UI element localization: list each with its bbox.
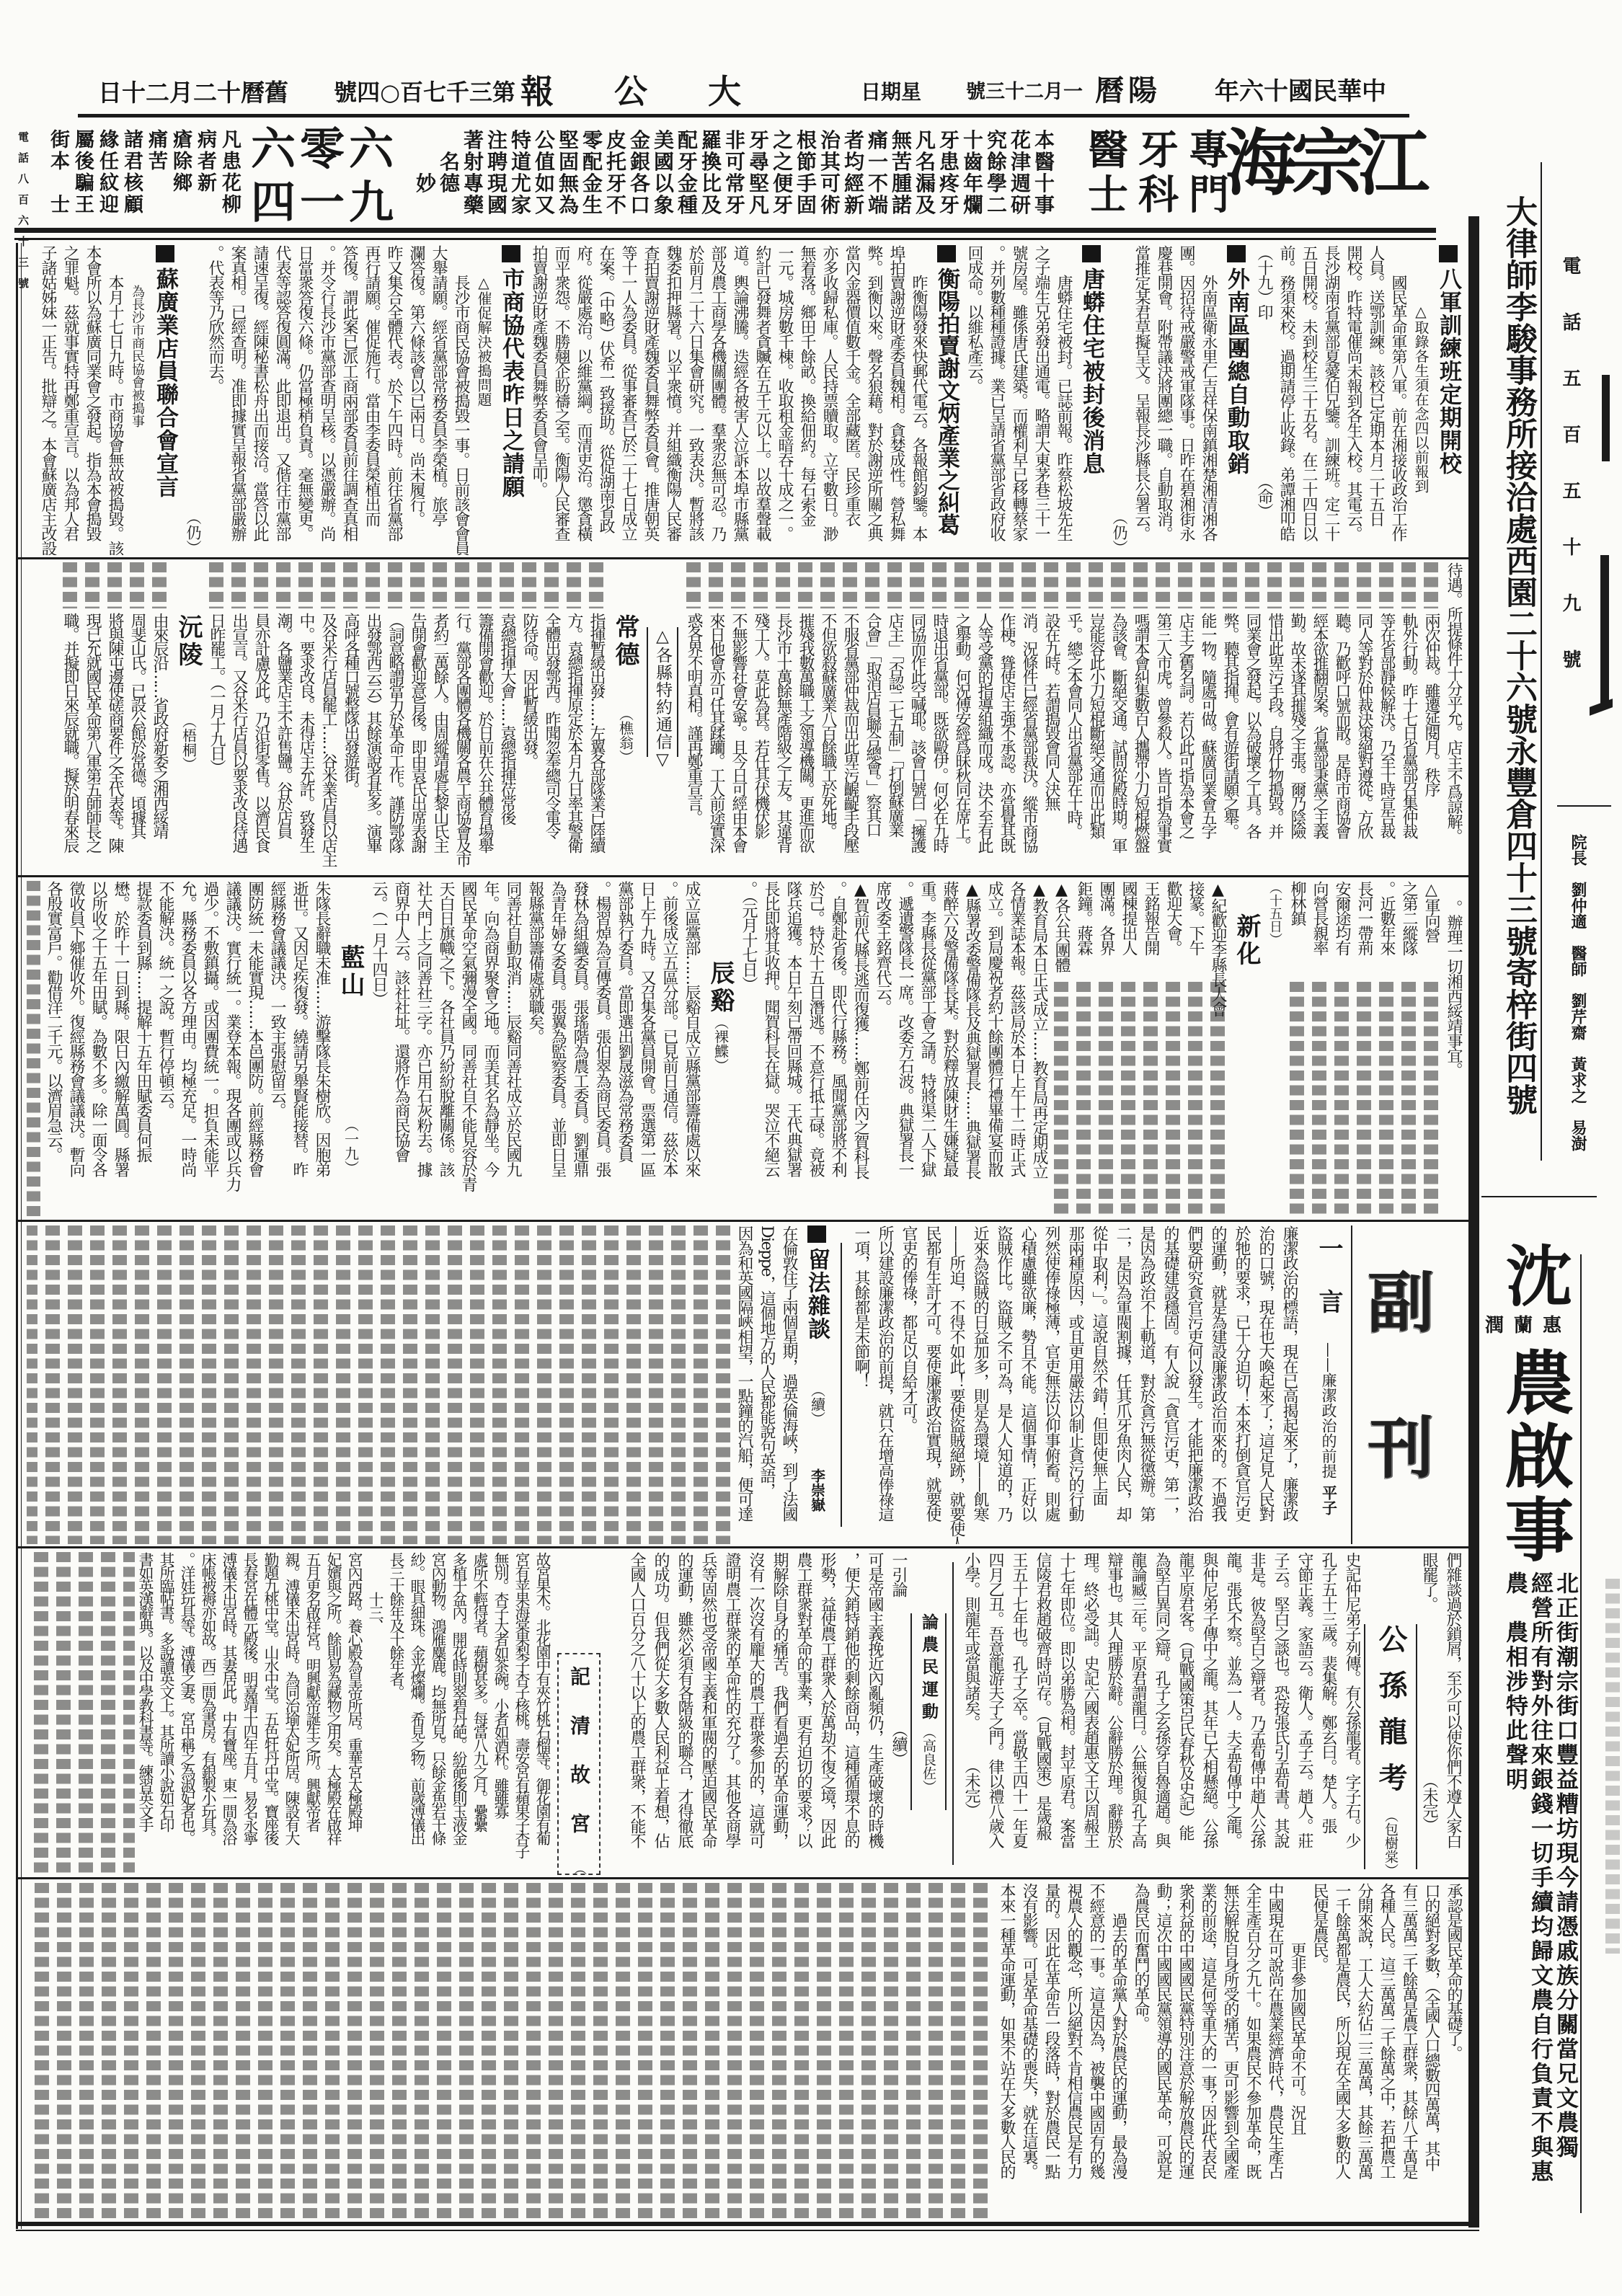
byline: （梧桐） xyxy=(177,714,200,771)
article-body: 朱隊長辭職未准……游擊隊長朱樹欣。因胞弟 逝世。又因足疾復發。繞請另舉賢能接替。… xyxy=(43,881,333,1217)
masthead-rule xyxy=(78,114,1409,118)
band-rule xyxy=(16,1220,1468,1222)
column-heading: 一言——廉潔政治的前提 平子 xyxy=(1306,1225,1352,1544)
article-tail-mark: （仍） xyxy=(182,245,204,555)
lawyer-ad-rule xyxy=(1541,162,1542,1161)
shen-notice-body: 北正街潮宗街口豐益糟坊現今請憑戚族分關當兄文農獨 經營所有對外往來銀錢一切手續均… xyxy=(1502,1572,1577,2184)
article-xinhua: （十五日） 新化 ▲紀歡迎李縣長大會 接篆。下午 歡迎大會。 王銘報告開 國棟提… xyxy=(737,881,1286,1217)
article-fragment-partially-legible: △軍向營 之第二縱隊 。近數年來 長河一帶荊 安爾途均有 向營長親率 柳林鎮 xyxy=(1286,881,1442,1217)
headline-text: 留法雜談 xyxy=(804,1248,830,1340)
article-peasant-movement-continued: 承認是國民革命的基礎了。 口的絕對多數，（全國人口總數四萬萬，其中 有三萬萬二千… xyxy=(996,1883,1465,2219)
dentist-title: 專門牙科醫士 xyxy=(1078,128,1231,218)
continued-tag: （續） xyxy=(806,1383,828,1426)
article-body: 指揮暫緩出發……左翼各部隊業已陸續 方。袁總指揮原定於本月九日率其警衛 全體出發… xyxy=(205,562,608,872)
dental-notice-row: 十週學年疼漏腫不經可手便堅常比金以各牙金無如尤現專德妙 xyxy=(416,174,1058,194)
shen-notice-side-rule xyxy=(1580,1254,1582,2213)
headline: 衡陽拍賣謝文炳產業之糾葛 xyxy=(930,245,963,555)
headline: 唐蟒住宅被封後消息 xyxy=(1075,245,1108,555)
article-peasant-movement: 論農民運動（高良佐） 一引論 （續） 可是帝國主義挽近內亂頻仍，生產破壞的時機 … xyxy=(625,1552,947,1875)
newspaper-page: 中華民國十六年 陽曆 一月二十三號 星期日 大公報 第三千七百○四號 舊曆十二月… xyxy=(0,0,1622,2296)
article-liufa-zatan: 留法雜談 （續） 李崇嶽 在倫敦住了兩個星期，過英倫海峽，到了法國 Dieppe… xyxy=(733,1225,833,1544)
staff-title: 醫師 xyxy=(1569,945,1587,977)
clinic-ad-row: 柳 顧迎王士 xyxy=(50,195,247,215)
column-subtitle: ——廉潔政治的前提 xyxy=(1320,1342,1337,1479)
byline: （一九） xyxy=(340,1117,362,1175)
shen-notice-surname: 沈 xyxy=(1499,1241,1569,1308)
article-body: 成立區黨部……辰谿自成立縣黨部籌備處以來 。前後成立五區分部。已見前日通信。茲於… xyxy=(368,881,703,1217)
illegible-text-columns xyxy=(27,1883,996,2219)
news-band-1: 八軍訓練班定期開校 △取錄各生須在念四以前報到 國民革命軍第八軍。前在湘接收政治… xyxy=(27,245,1465,555)
headline-marker-icon xyxy=(937,245,956,262)
headline-text: 八軍訓練班定期開校 xyxy=(1435,267,1461,475)
article-body: 在倫敦住了兩個星期，過英倫海峽，到了法國 Dieppe，這個地方的人民都能說句英… xyxy=(733,1225,800,1544)
continued-tag: （續） xyxy=(572,1862,587,1875)
clinic-ad-row: 花新鄉 核紋騙 xyxy=(75,174,247,193)
column-heading-group: 一言——廉潔政治的前提 xyxy=(1311,1236,1347,1479)
byline: （裸鰈） xyxy=(709,1015,732,1073)
headline: 市商協代表昨日之請願 xyxy=(495,245,528,555)
news-band-2: 待遇。所提條件十分平允。店主不爲諒解。 兩次仲裁。雖遷延閱月。秩序 軌外行動。昨… xyxy=(27,562,1465,872)
band-rule xyxy=(16,875,1468,877)
section-heading: 常德 （樵翁） xyxy=(608,562,642,872)
headline-text: 唐蟒住宅被封後消息 xyxy=(1078,267,1104,475)
clinic-ad-row: 凡病瘡痛諸緣屬街 xyxy=(50,130,247,150)
shen-notice-title: 農啟事 xyxy=(1498,1347,1570,1567)
headline-text: 論農民運動 xyxy=(919,1613,939,1725)
clinic-ad-row: 患者除苦君任後本 xyxy=(50,152,247,172)
masthead-solar-date: 一月二十三號 xyxy=(966,82,1083,102)
article-suguang-declaration-continued: 待遇。所提條件十分平允。店主不爲諒解。 兩次仲裁。雖遷延閱月。秩序 軌外行動。昨… xyxy=(683,562,1465,872)
headline-text: 蘇廣業店員聯合會宣言 xyxy=(152,267,178,498)
framed-headline: 記清故宮（續）李柏榮 xyxy=(557,1653,601,1875)
news-band-4: 副刊 一言——廉潔政治的前提 平子 廉潔政治的標語，現在已高揭起來了，廉潔政 治… xyxy=(27,1225,1465,1544)
article-body: 昨衡陽發來快郵代電云。各報館鈞鑒。本 埠拍賣謝逆財產委員魏相。貪婪成性。營私舞 … xyxy=(528,245,930,555)
ad-band-rule-thick xyxy=(14,228,1436,233)
headline-group: 留法雜談 （續） 李崇嶽 xyxy=(800,1225,833,1544)
dateline: （十五日） xyxy=(1264,881,1286,1217)
masthead-newspaper-title: 大公報 xyxy=(520,75,802,108)
headline-marker-icon xyxy=(502,245,520,262)
article-body: 由來辰沿……省政府新委之湘西綏靖 周斐山氏。已設公館於常德。頃據其 將與陳屯邊使… xyxy=(59,562,171,872)
spacer xyxy=(1439,1225,1465,1544)
article-merchant-association-petition: 市商協代表昨日之請願 △催促解決被搗問題 長沙市商民協會被搗毀一事。日前該會會員… xyxy=(182,245,528,555)
article-body: 國民革命軍第八軍。前在湘接收政治工作 人員。送鄂訓練。該校已定期本月二十五日 開… xyxy=(1253,245,1409,555)
section-heading: 藍山 （一九） xyxy=(333,881,368,1217)
column-divider xyxy=(952,1562,954,1865)
section-heading-text: 新化 xyxy=(1229,881,1264,1217)
news-band-3: 。辦理一切湘西綏靖事宜。 △軍向營 之第二縱隊 。近數年來 長河一帶荊 安爾途均… xyxy=(27,881,1465,1217)
masthead-republic-year: 中華民國十六年 xyxy=(1215,79,1386,104)
article-liufa-continued: 們雜談過於鎖屑，至少可以使你們不遵人家白 眼罷了。 （未完） xyxy=(1417,1552,1465,1875)
shen-notice-given-names: 惠蘭潤 xyxy=(1485,1316,1572,1335)
dental-notice-row: 本花究十牙凡無痛者治根之牙非羅配美金皮零堅公特注著 xyxy=(464,130,1058,151)
section-label-county-correspondence: △各縣特約通信▽ xyxy=(647,627,678,757)
article-yiyan-column: 一言——廉潔政治的前提 平子 廉潔政治的標語，現在已高揭起來了，廉潔政 治的口號… xyxy=(849,1225,1352,1544)
illegible-text-columns xyxy=(27,1552,135,1875)
article-qing-palace-notes: 記清故宮（續）李柏榮 故宮果木。北花園中有夾竹桃石榴等。御花園有葡 宮有苹果海棠… xyxy=(135,1552,601,1875)
article-eighth-army-training-class: 八軍訓練班定期開校 △取錄各生須在念四以前報到 國民革命軍第八軍。前在湘接收政治… xyxy=(1253,245,1465,555)
page-bottom-rule-thin xyxy=(16,2230,1479,2231)
illegible-text-columns xyxy=(27,1225,733,1544)
article-gongsun-long-study: 公孫龍考（包樹棠） 史記仲尼弟子列傳。有公孫龍者。字子石。少 孔子五十三歲。裴集… xyxy=(960,1552,1417,1875)
article-body: ▲教育局本日正式成立……教育局再定期成立 各情業誌本報。茲該局於本日上午十二時正… xyxy=(737,881,1050,1217)
headline-marker-icon xyxy=(1227,245,1246,262)
clinic-ad-phone: 電話八百六十三號 xyxy=(16,131,30,216)
article-suguang-clerks-union-declaration: 蘇廣業店員聯合會宣言 為長沙市商民協會被搗事 本月十七日九時。市商協會無故被搗毀… xyxy=(37,245,182,555)
band-rule xyxy=(16,1877,1468,1879)
staff-spacer xyxy=(1569,866,1587,882)
staff-title: 院長 xyxy=(1569,834,1587,866)
article-changde: 常德 （樵翁） 指揮暫緩出發……左翼各部隊業已陸續 方。袁總指揮原定於本月九日率… xyxy=(205,562,642,872)
article-body: 可是帝國主義挽近內亂頻仍，生產破壞的時機 ，便大銷特銷他的剩餘商品，這種循環不息… xyxy=(625,1552,887,1875)
headline: 蘇廣業店員聯合會宣言 xyxy=(149,245,182,555)
dental-notice-row: 事研二爛牙及諾端新術固牙凡牙及種象口不生為又家國藥 xyxy=(464,195,1058,216)
clinic-divider xyxy=(1557,805,1611,807)
band-rule xyxy=(16,557,1468,559)
headline-text: 市商協代表昨日之請願 xyxy=(498,267,524,498)
article-body: 廉潔政治的標語，現在已高揭起來了，廉潔政 治的口號，現在也大喚起來了；這足見人民… xyxy=(849,1225,1301,1544)
column-title: 一言 xyxy=(1314,1236,1343,1342)
staff-names: 劉芹齋 黃求之 易澍 xyxy=(1569,993,1587,1151)
subheadline: 為長沙市商民協會被搗事 xyxy=(126,245,149,555)
article-hengyang-auction-dispute: 衡陽拍賣謝文炳產業之糾葛 昨衡陽發來快郵代電云。各報館鈞鑒。本 埠拍賣謝逆財產委… xyxy=(528,245,963,555)
framed-headline: 公孫龍考（包樹棠） xyxy=(1364,1624,1417,1869)
headline-marker-icon xyxy=(1082,245,1101,262)
headline: 留法雜談 xyxy=(800,1225,833,1340)
spacer xyxy=(605,1552,625,1875)
article-yuanling: 沅陵 （梧桐） 由來辰沿……省政府新委之湘西綏靖 周斐山氏。已設公館於常德。頃據… xyxy=(59,562,205,872)
article-body: 唐蟒住宅被封。已誌前報。昨蔡松坡先生 之子端生兄弟發出通電。略謂大東茅巷三十一 … xyxy=(963,245,1075,555)
lawyer-ad: 大律師李駿事務所接洽處西園二十六號永豐倉四十三號寄梓街四號 xyxy=(1499,195,1537,1115)
illegible-text-columns xyxy=(27,881,43,1217)
headline-marker-icon xyxy=(807,1225,826,1243)
staff-names: 劉仲適 xyxy=(1569,882,1587,929)
article-yuanling-continued: 。辦理一切湘西綏靖事宜。 xyxy=(1442,881,1465,1217)
drug-ad-606: 六零六 xyxy=(251,127,398,172)
section-title: 一引論 （續） xyxy=(887,1552,910,1875)
headline-text: 外南區團總自動取銷 xyxy=(1223,267,1249,475)
article-fragment-partially-legible: ▲紀歡迎李縣長大會 接篆。下午 歡迎大會。 王銘報告開 國棟提出人 團滿。各界 … xyxy=(1050,881,1229,1217)
section-heading-text: 藍山 xyxy=(333,944,368,999)
right-column-thick-rule xyxy=(1468,216,1479,2228)
article-lanshan: 藍山 （一九） 朱隊長辭職未准……游擊隊長朱樹欣。因胞弟 逝世。又因足疾復發。繞… xyxy=(43,881,368,1217)
page-bottom-rule xyxy=(16,2222,1479,2226)
news-band-6: 承認是國民革命的基礎了。 口的絕對多數，（全國人口總數四萬萬，其中 有三萬萬二千… xyxy=(27,1883,1465,2219)
article-body: 故宮果木。北花園中有夾竹桃石榴等。御花園有葡 宮有苹果海棠果梨子杏子核桃。壽安宮… xyxy=(135,1552,553,1875)
headline-marker-icon xyxy=(1439,245,1458,262)
headline-text: 記清故宮 xyxy=(567,1666,591,1862)
byline: （樵翁） xyxy=(614,706,637,764)
headline: 八軍訓練班定期開校 xyxy=(1432,245,1465,555)
subheadline: △催促解決被搗問題 xyxy=(472,245,495,555)
ornament-stroke xyxy=(1600,555,1609,706)
masthead-weekday: 星期日 xyxy=(861,82,921,102)
headline-marker-icon xyxy=(156,245,174,262)
article-body-partially-legible: 兩次仲裁。雖遷延閱月。秩序 軌外行動。昨十七日省黨部召集仲裁 等在省部靜候解決。… xyxy=(683,562,1442,872)
band-rule xyxy=(16,1546,1468,1548)
article-tail-mark: （仍） xyxy=(1108,245,1130,555)
dental-notice-row: 醫津餘齒患名苦一均其節之尋可換牙國銀托配固值道聘射名 xyxy=(440,152,1058,172)
lawyer-phone: 電話五百五十九號 xyxy=(1559,256,1581,706)
drug-ad-914: 九一四 xyxy=(251,180,398,225)
bleed-through-text xyxy=(1602,1579,1621,1954)
byline: （高良佐） xyxy=(921,1725,936,1794)
staff-spacer xyxy=(1569,929,1587,945)
headline-text: 公孫龍考 xyxy=(1374,1624,1408,1809)
page-left-border-thin xyxy=(21,243,22,2229)
ornament-stroke xyxy=(1602,375,1610,461)
masthead-issue-number: 第三千七百○四號 xyxy=(334,81,515,104)
news-band-5: 們雜談過於鎖屑，至少可以使你們不遵人家白 眼罷了。 （未完） 公孫龍考（包樹棠）… xyxy=(27,1552,1465,1875)
staff-spacer xyxy=(1569,977,1587,993)
article-body: 待遇。所提條件十分平允。店主不爲諒解。 xyxy=(1442,562,1465,872)
masthead-calendar-label: 陽曆 xyxy=(1095,76,1161,105)
column-divider xyxy=(841,1243,842,1527)
headline: 外南區團總自動取銷 xyxy=(1220,245,1253,555)
supplement-section-logo: 副刊 xyxy=(1352,1225,1439,1544)
section-heading: 辰谿 （裸鰈） xyxy=(703,881,737,1217)
byline: （包樹棠） xyxy=(1383,1809,1399,1875)
article-body: 外南區衛永里仁吉祥保南鎮湘楚湘清湘各 團。因招待戒嚴警戒軍隊事。日昨在碧湘街永 … xyxy=(1130,245,1220,555)
section-heading-text: 沅陵 xyxy=(171,614,205,669)
subheadline: △取錄各生須在念四以前報到 xyxy=(1409,245,1432,555)
dentist-name: 江宗海 xyxy=(1225,127,1424,199)
article-chenxi: 辰谿 （裸鰈） 成立區黨部……辰谿自成立縣黨部籌備處以來 。前後成立五區分部。已… xyxy=(368,881,737,1217)
section-heading: 沅陵 （梧桐） xyxy=(171,562,205,872)
article-wainan-militia-abolished: 外南區團總自動取銷 外南區衛永里仁吉祥保南鎮湘楚湘清湘各 團。因招待戒嚴警戒軍隊… xyxy=(1108,245,1253,555)
section-heading-text: 常德 xyxy=(608,614,642,669)
article-body: 本月十七日九時。市商協會無故被搗毀。該 本會所以為蘇廣同業會之發起。指為本會搗毀… xyxy=(37,245,126,555)
masthead-lunar-date: 舊曆十二月二十日 xyxy=(98,81,288,105)
byline: 平子 xyxy=(1319,1485,1340,1515)
clinic-staff-list: 院長 劉仲適 醫師 劉芹齋 黃求之 易澍 xyxy=(1569,834,1587,1151)
article-body: 史記仲尼弟子列傳。有公孫龍者。字子石。少 孔子五十三歲。裴集解。鄭玄曰。楚人。張… xyxy=(960,1552,1364,1875)
ad-band-rule-thin xyxy=(14,238,1436,240)
section-heading-text: 辰谿 xyxy=(703,960,737,1015)
page-left-border xyxy=(16,243,18,2229)
framed-headline: 論農民運動（高良佐） xyxy=(910,1613,947,1810)
byline: 李崇嶽 xyxy=(806,1468,828,1512)
shen-notice-top-rule xyxy=(1481,1196,1597,1197)
article-tang-residence-sealed: 唐蟒住宅被封後消息 唐蟒住宅被封。已誌前報。昨蔡松坡先生 之子端生兄弟發出通電。… xyxy=(963,245,1108,555)
article-body: 長沙市商民協會被搗毀一事。日前該會會員 大舉請願。經省黨部常務委員李榮植。旅亭 … xyxy=(204,245,472,555)
headline-text: 衡陽拍賣謝文炳產業之糾葛 xyxy=(934,267,960,536)
